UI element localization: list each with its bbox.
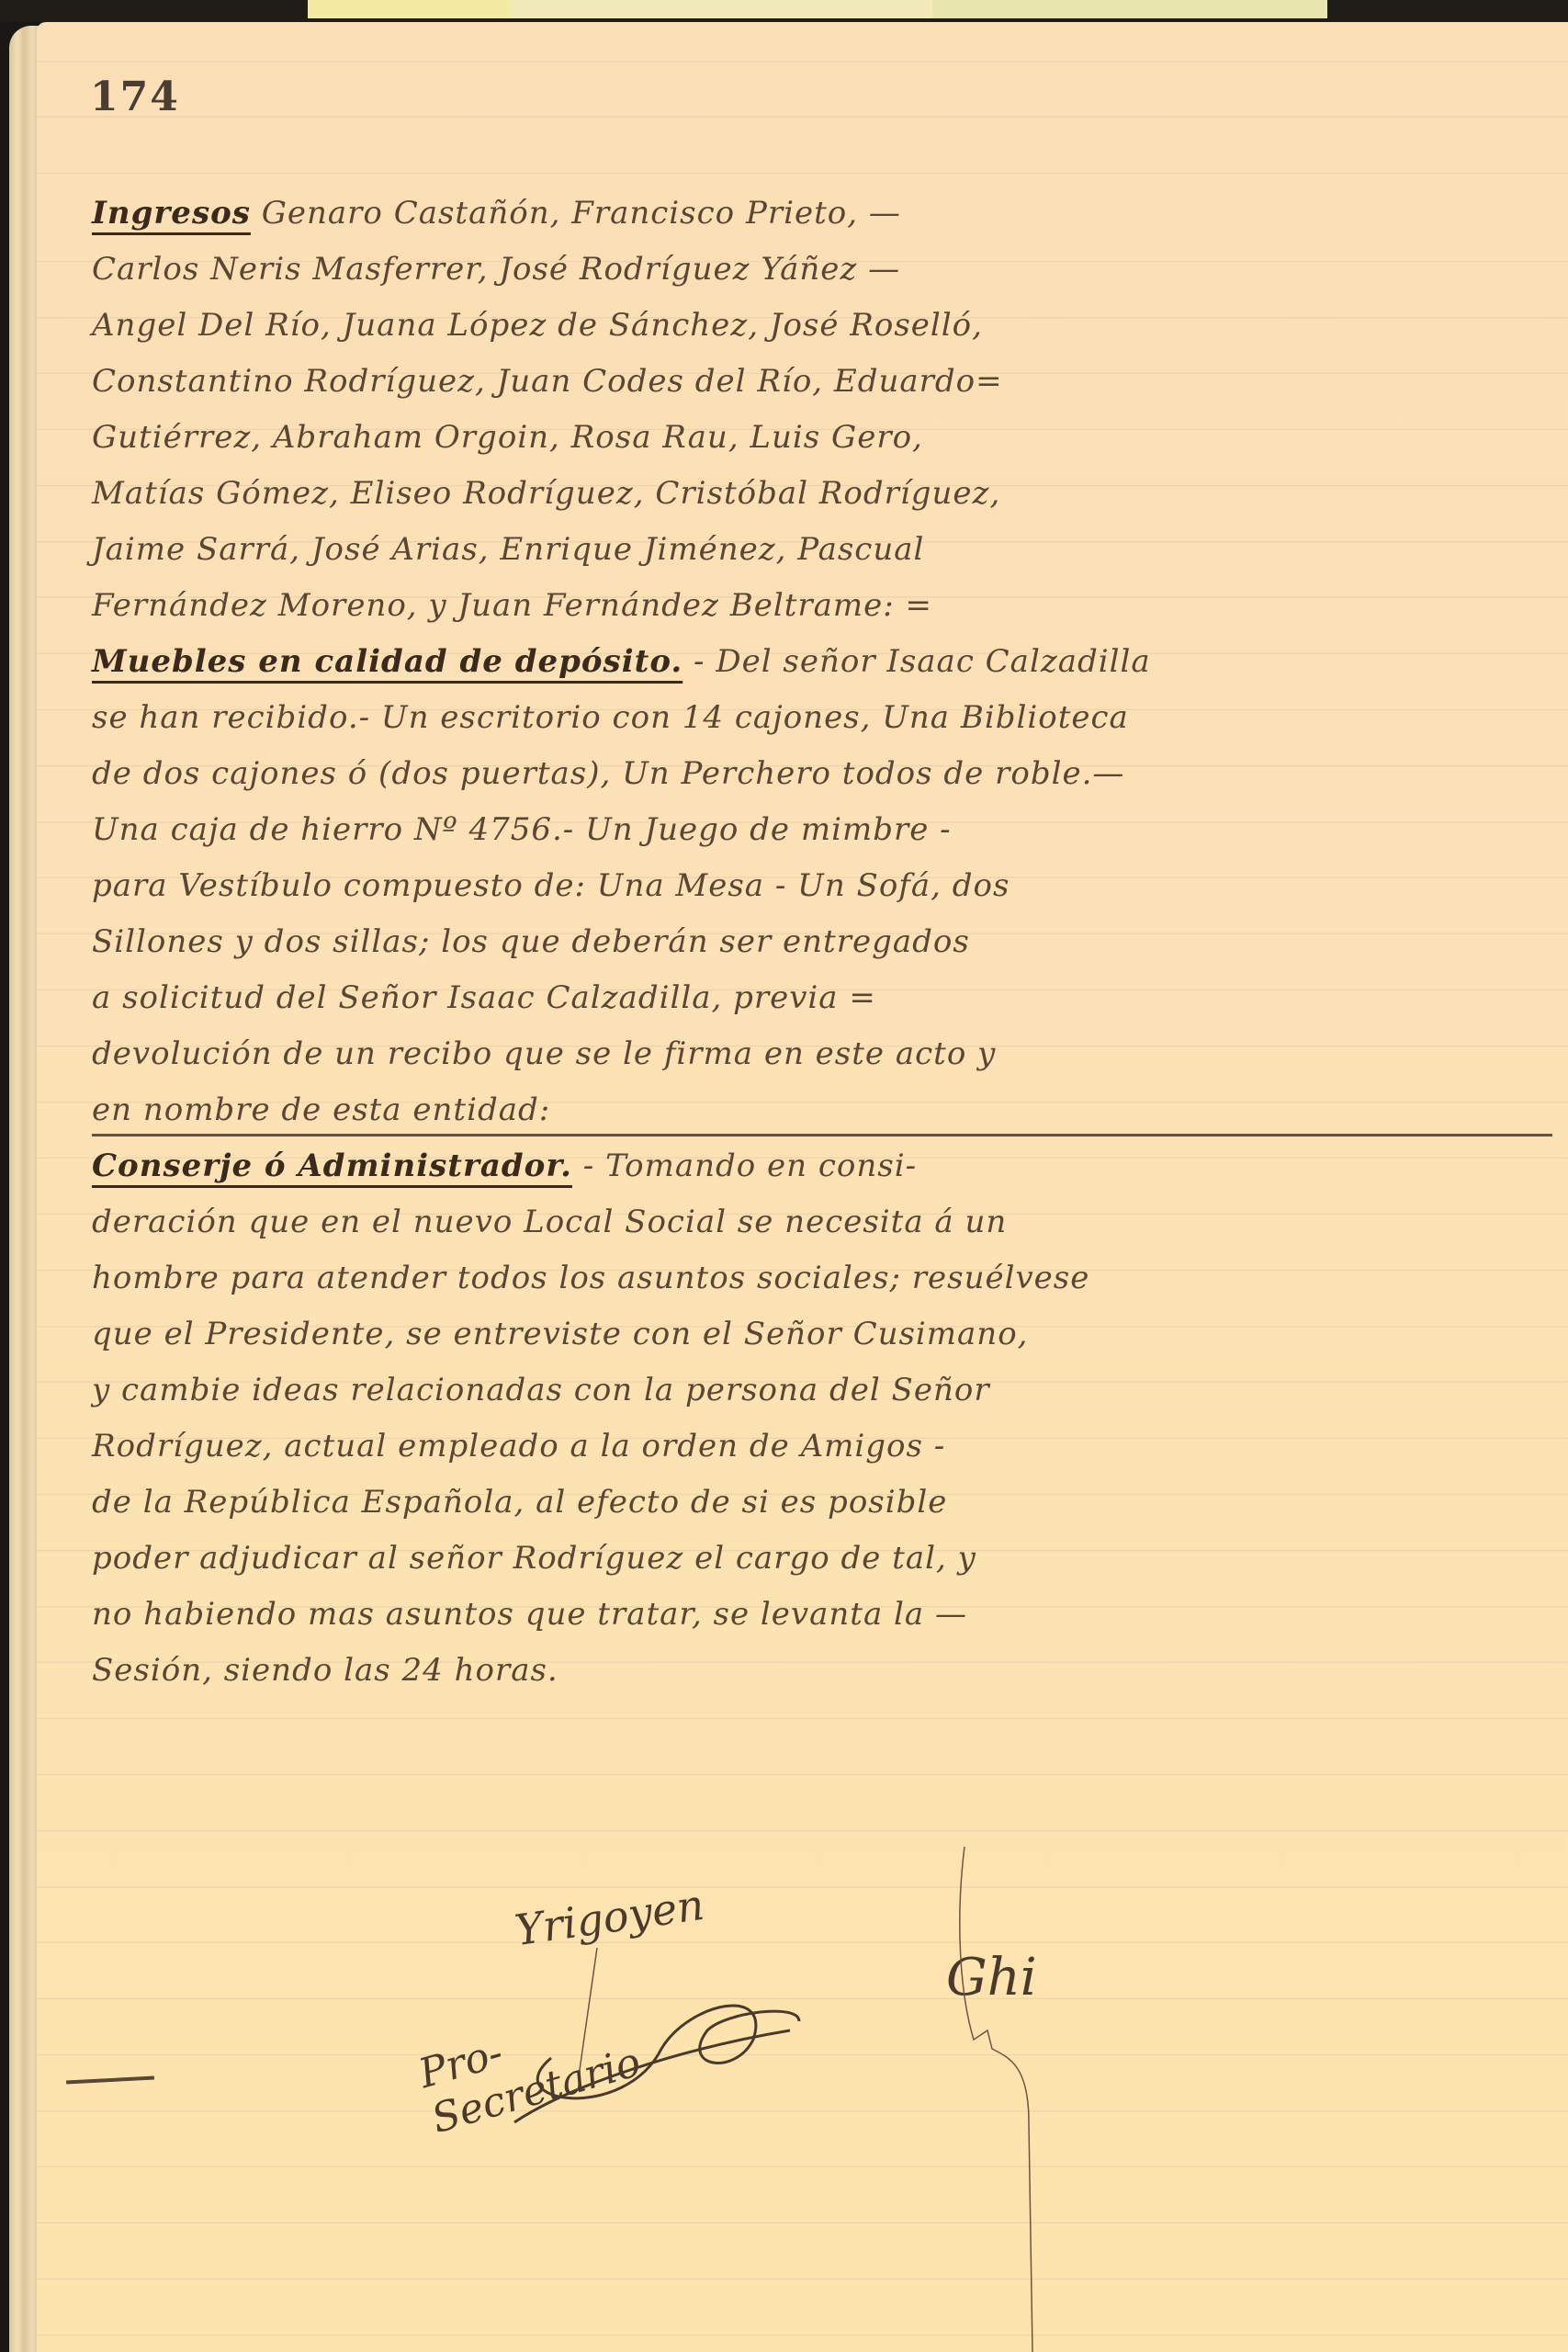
text-line: Jaime Sarrá, José Arias, Enrique Jiménez… (92, 522, 1552, 578)
text-line: poder adjudicar al señor Rodríguez el ca… (92, 1531, 1552, 1587)
text-line: Sesión, siendo las 24 horas. (92, 1643, 1552, 1699)
text-line: Genaro Castañón, Francisco Prieto, — (262, 195, 901, 232)
text-line: Fernández Moreno, y Juan Fernández Beltr… (92, 578, 1552, 634)
text-line: hombre para atender todos los asuntos so… (92, 1250, 1552, 1306)
text-line: Rodríguez, actual empleado a la orden de… (92, 1419, 1552, 1475)
conserje-line: Conserje ó Administrador. - Tomando en c… (92, 1138, 1552, 1194)
text-line: Matías Gómez, Eliseo Rodríguez, Cristóba… (92, 466, 1552, 522)
text-line: Una caja de hierro Nº 4756.- Un Juego de… (92, 802, 1552, 858)
text-line: no habiendo mas asuntos que tratar, se l… (92, 1587, 1552, 1643)
text-line: Sillones y dos sillas; los que deberán s… (92, 914, 1552, 970)
muebles-line: Muebles en calidad de depósito. - Del se… (92, 634, 1552, 690)
text-line: Gutiérrez, Abraham Orgoin, Rosa Rau, Lui… (92, 410, 1552, 466)
paper-tab (308, 0, 510, 18)
text-line-content: en nombre de esta entidad: (92, 1091, 550, 1128)
section-heading-conserje: Conserje ó Administrador. (92, 1148, 572, 1184)
section-heading-muebles: Muebles en calidad de depósito. (92, 643, 682, 680)
text-line: y cambie ideas relacionadas con la perso… (92, 1363, 1552, 1419)
ingresos-line: Ingresos Genaro Castañón, Francisco Prie… (92, 186, 1552, 242)
text-line: Carlos Neris Masferrer, José Rodríguez Y… (92, 242, 1552, 298)
text-line: - Tomando en consi- (583, 1148, 917, 1184)
text-line: de dos cajones ó (dos puertas), Un Perch… (92, 746, 1552, 802)
page-number: 174 (90, 73, 180, 120)
text-line: devolución de un recibo que se le firma … (92, 1026, 1552, 1082)
text-line: en nombre de esta entidad: (92, 1082, 1552, 1138)
text-line: - Del señor Isaac Calzadilla (694, 643, 1151, 680)
text-line: deración que en el nuevo Local Social se… (92, 1194, 1552, 1250)
text-line: a solicitud del Señor Isaac Calzadilla, … (92, 970, 1552, 1026)
paper-tab (510, 0, 932, 18)
text-line: Constantino Rodríguez, Juan Codes del Rí… (92, 354, 1552, 410)
minutes-body: Ingresos Genaro Castañón, Francisco Prie… (92, 186, 1552, 1699)
paper-tab (932, 0, 1327, 18)
text-line: se han recibido.- Un escritorio con 14 c… (92, 690, 1552, 746)
text-line: Angel Del Río, Juana López de Sánchez, J… (92, 298, 1552, 354)
text-line: de la República Española, al efecto de s… (92, 1475, 1552, 1531)
text-line: que el Presidente, se entreviste con el … (92, 1306, 1552, 1363)
text-line: para Vestíbulo compuesto de: Una Mesa - … (92, 858, 1552, 914)
section-heading-ingresos: Ingresos (92, 195, 251, 232)
signature-stroke-icon (937, 1847, 1121, 2352)
